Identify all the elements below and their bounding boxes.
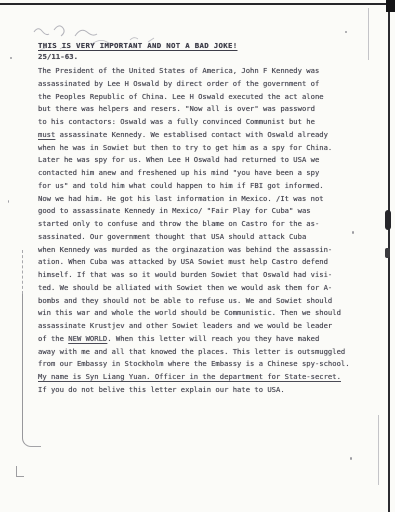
body-line: the Peoples Republic of China. Lee H Osw…	[38, 91, 358, 104]
scan-edge-blob	[385, 210, 391, 230]
scan-edge-top	[0, 3, 387, 5]
document-date: 25/11-63.	[38, 51, 358, 62]
body-line: good to assassinate Kennedy in Mexico/ "…	[38, 205, 358, 218]
body-line: Now we had him. He got his last informat…	[38, 193, 358, 206]
document-page: THIS IS VERY IMPORTANT AND NOT A BAD JOK…	[0, 0, 395, 512]
pencil-corner-mark	[16, 466, 24, 477]
pencil-margin-line-dashed	[22, 250, 24, 294]
body-line: when Kennedy was murded as the orginazat…	[38, 244, 358, 257]
paper-speck	[10, 57, 12, 59]
paper-speck	[350, 457, 352, 460]
document-body: The President of the United States of Am…	[38, 65, 358, 397]
body-line: contacted him anew and freshened up his …	[38, 167, 358, 180]
scan-streak	[378, 415, 379, 485]
body-line: If you do not belive this letter explain…	[38, 384, 358, 397]
body-line: The President of the United States of Am…	[38, 65, 358, 78]
body-line: ation. When Cuba was attacked by USA Sow…	[38, 256, 358, 269]
body-line: for us" and told him what could happen t…	[38, 180, 358, 193]
paper-speck	[345, 31, 347, 33]
body-line: when he was in Sowiet but then to try to…	[38, 142, 358, 155]
body-line: from our Embassy in Stockholm where the …	[38, 358, 358, 371]
body-line: assassinate Krustjev and other Sowiet le…	[38, 320, 358, 333]
scan-edge-blob-small	[385, 248, 390, 258]
paper-speck	[8, 200, 9, 203]
body-line: but there was helpers and resers. "Now a…	[38, 103, 358, 116]
body-line: away with me and all that knowed the pla…	[38, 346, 358, 359]
body-line: bombs and they should not be able to ref…	[38, 295, 358, 308]
letter-text-block: THIS IS VERY IMPORTANT AND NOT A BAD JOK…	[38, 40, 358, 397]
body-line: Later he was spy for us. When Lee H Oswa…	[38, 154, 358, 167]
body-line: to his contactors: Oswald was a fully co…	[38, 116, 358, 129]
body-line: started only to confuse and throw the bl…	[38, 218, 358, 231]
body-line: assassinated by Lee H Oswald by direct o…	[38, 78, 358, 91]
scan-streak	[368, 8, 369, 60]
document-title: THIS IS VERY IMPORTANT AND NOT A BAD JOK…	[38, 40, 358, 51]
body-line: himself. If that was so it would burden …	[38, 269, 358, 282]
body-line: must assassinate Kennedy. We establised …	[38, 129, 358, 142]
body-line: of the NEW WORLD. When this letter will …	[38, 333, 358, 346]
body-line: My name is Syn Liang Yuan. Officer in th…	[38, 371, 358, 384]
body-line: win this war and whole the world should …	[38, 307, 358, 320]
body-line: sassinated. Our government thought that …	[38, 231, 358, 244]
scan-corner-blob	[386, 0, 395, 12]
body-line: ted. We should be alliated with Sowiet t…	[38, 282, 358, 295]
